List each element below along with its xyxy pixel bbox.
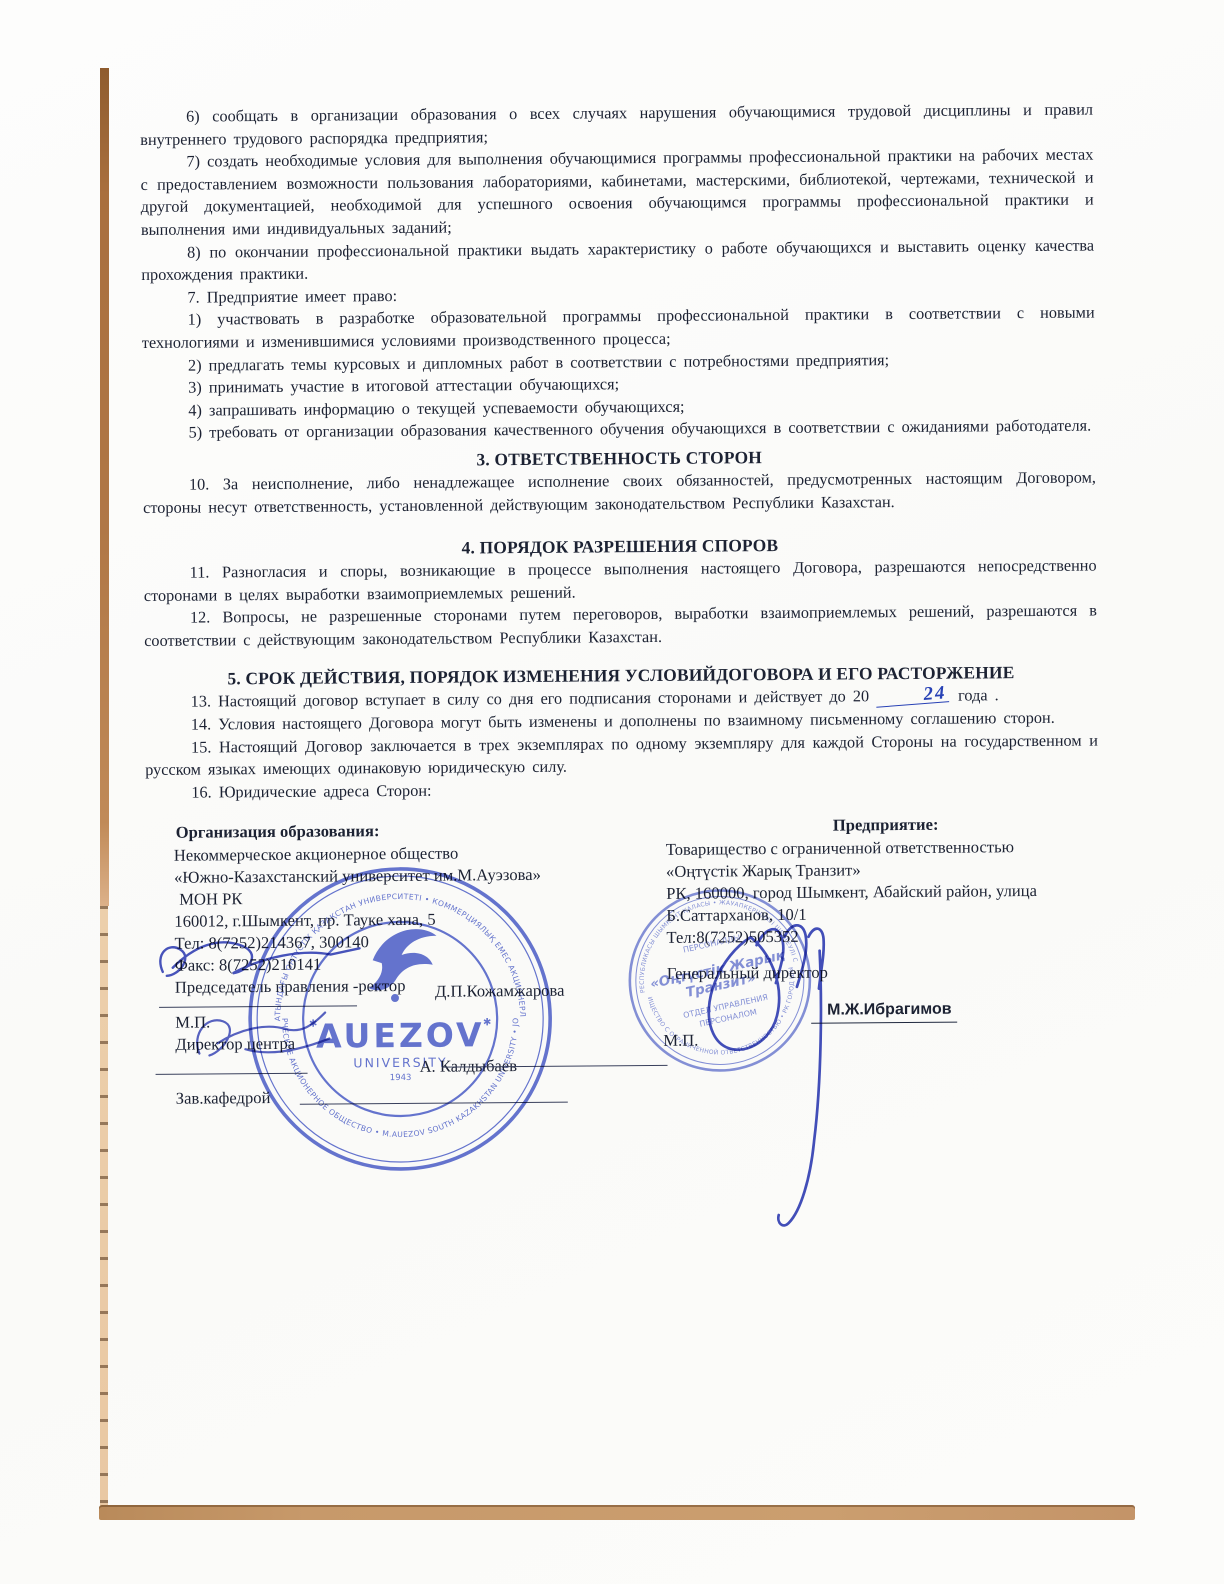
clause-8: 8) по окончании профессиональной практик… — [141, 234, 1094, 287]
right-1: 1) участвовать в разработке образователь… — [142, 302, 1095, 355]
clause-15: 15. Настоящий Договор заключается в трех… — [145, 729, 1098, 782]
university-logo-dot — [391, 994, 399, 1002]
page-content: 6) сообщать в организации образования о … — [0, 0, 1224, 1584]
ent-line: Товарищество с ограниченной ответственно… — [666, 837, 1014, 861]
university-stamp-sub: UNIVERSITY — [353, 1055, 447, 1071]
clause-6: 6) сообщать в организации образования о … — [140, 99, 1093, 152]
center-director-signature — [187, 986, 338, 1071]
university-stamp-star-right: ✱ — [483, 1017, 491, 1028]
org-line: МОН РК — [179, 889, 242, 910]
university-logo-bird-icon — [368, 929, 436, 990]
org-title: Организация образования: — [176, 821, 380, 844]
university-stamp-year: 1943 — [390, 1073, 412, 1083]
general-director-signature — [686, 910, 869, 1251]
clause-12: 12. Вопросы, не разрешенные сторонами пу… — [144, 600, 1097, 653]
handwritten-year: 24 — [875, 686, 949, 709]
clause-7: 7) создать необходимые условия для выпол… — [140, 144, 1094, 242]
enterprise-title: Предприятие: — [666, 813, 1106, 837]
clause-10: 10. За неисполнение, либо ненадлежащее и… — [143, 466, 1096, 519]
clause-13-text: 13. Настоящий договор вступает в силу со… — [191, 687, 870, 711]
clause-11: 11. Разногласия и споры, возникающие в п… — [144, 555, 1097, 608]
scanned-contract-page: 6) сообщать в организации образования о … — [0, 0, 1224, 1584]
university-stamp-name: AUEZOV — [316, 1015, 485, 1055]
rector-signature — [152, 908, 368, 995]
org-line: Некоммерческое акционерное общество — [174, 843, 459, 866]
clause-13-tail: года . — [958, 686, 999, 705]
